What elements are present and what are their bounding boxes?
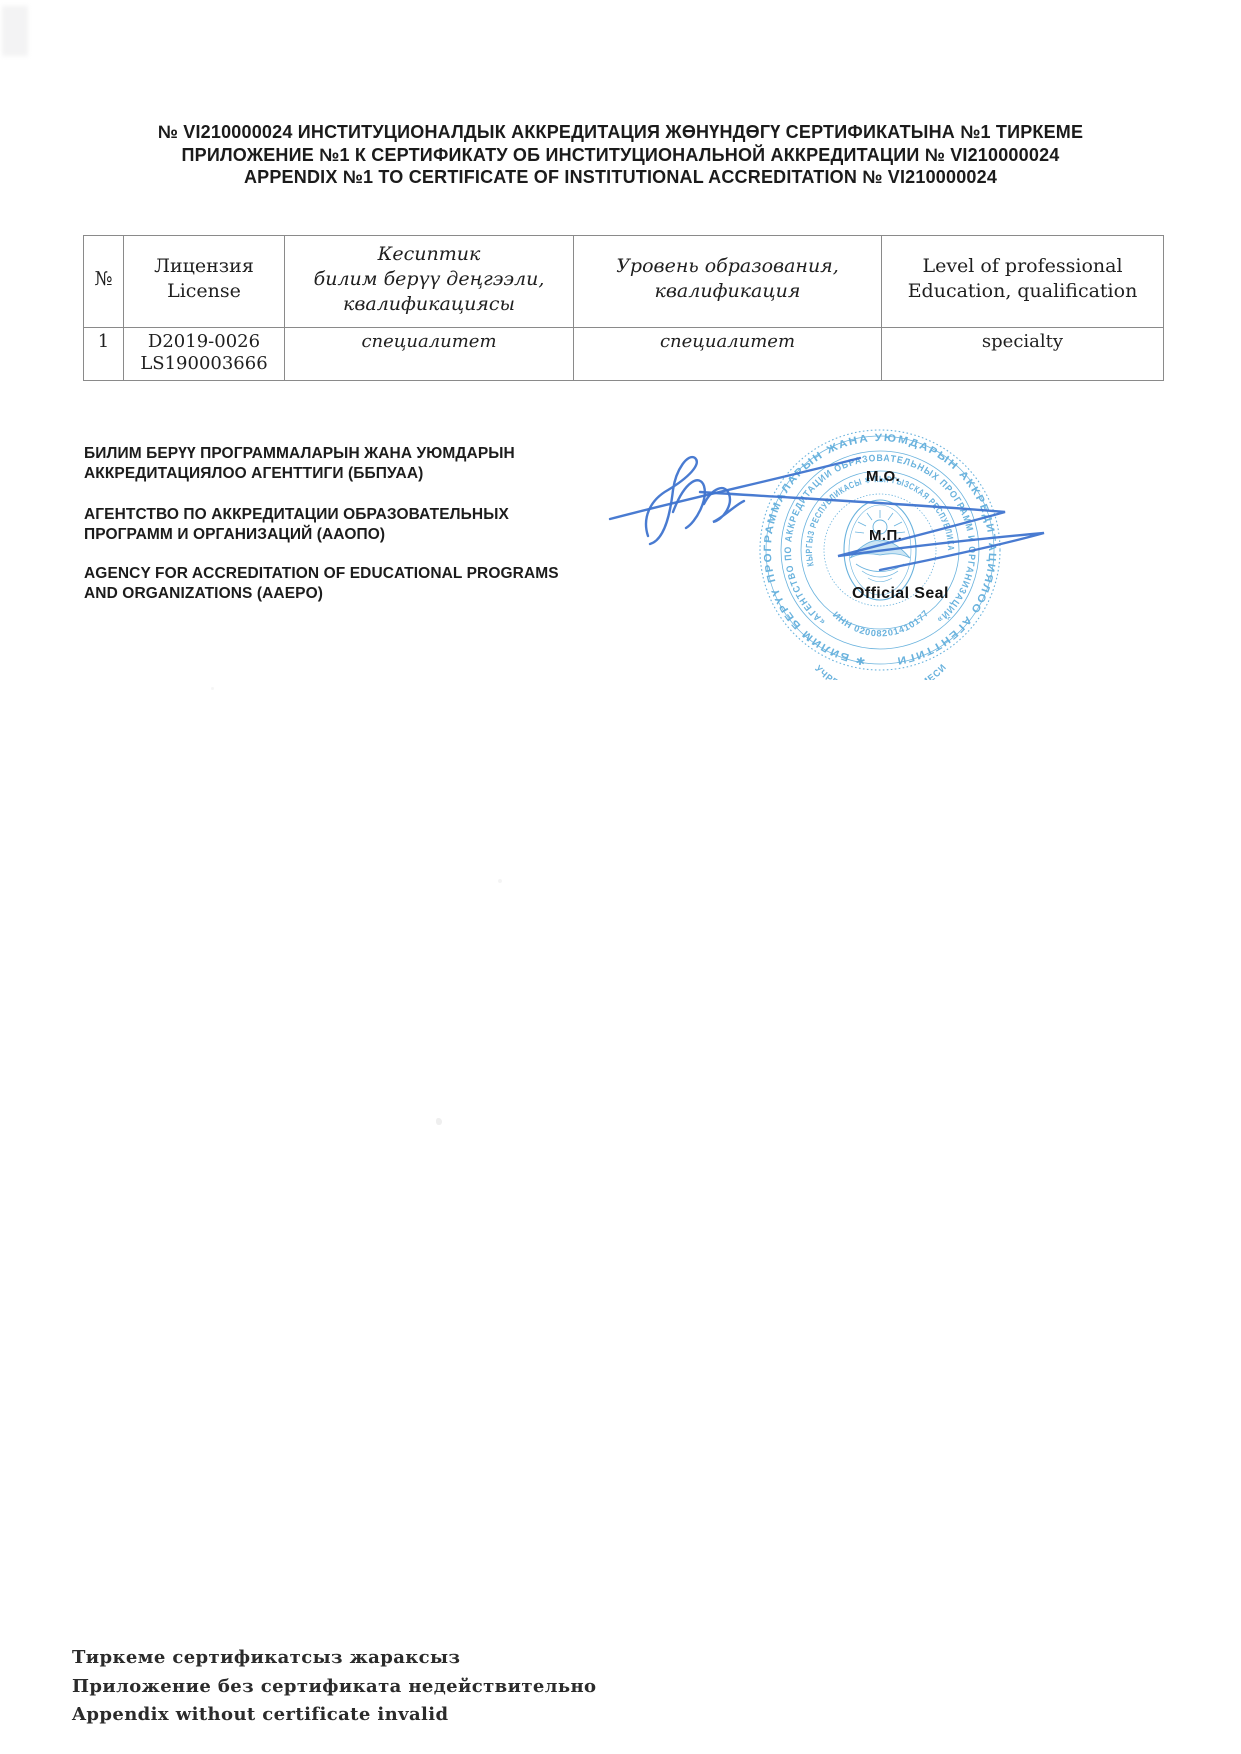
header-line-russian: ПРИЛОЖЕНИЕ №1 К СЕРТИФИКАТУ ОБ ИНСТИТУЦИ… [0,144,1241,167]
col-header-number: № [84,236,124,328]
footer-note-kyrgyz: Тиркеме сертификатсыз жараксыз [72,1644,596,1673]
scan-artifact [498,879,502,883]
cell-number: 1 [84,328,124,381]
table-header-row: № Лицензия License Кесиптик билим берүү … [84,236,1164,328]
svg-text:УЧРЕЖДЕНИЕ ✱ МЕКЕМЕСИ: УЧРЕЖДЕНИЕ ✱ МЕКЕМЕСИ [812,662,949,680]
agency-name-english: AGENCY FOR ACCREDITATION OF EDUCATIONAL … [84,564,604,604]
footer-note-russian: Приложение без сертификата недействитель… [72,1673,596,1702]
header-line-kyrgyz: № VI210000024 ИНСТИТУЦИОНАЛДЫК АККРЕДИТА… [0,121,1241,144]
col-header-level-kyrgyz: Кесиптик билим берүү деңгээли, квалифика… [285,236,574,328]
cell-level-kyrgyz: специалитет [285,328,574,381]
agency-name-russian: АГЕНТСТВО ПО АККРЕДИТАЦИИ ОБРАЗОВАТЕЛЬНЫ… [84,505,604,545]
agency-name-kyrgyz: БИЛИМ БЕРҮҮ ПРОГРАММАЛАРЫН ЖАНА УЮМДАРЫН… [84,444,604,484]
cell-license: D2019-0026 LS190003666 [124,328,285,381]
col-header-license: Лицензия License [124,236,285,328]
seal-inner-bottom-text: ИНН 02008201410177 [831,608,931,639]
svg-text:ИНН 02008201410177: ИНН 02008201410177 [831,608,931,639]
certificate-appendix-page: № VI210000024 ИНСТИТУЦИОНАЛДЫК АККРЕДИТА… [0,0,1241,1754]
cell-level-russian: специалитет [574,328,882,381]
scan-artifact [436,1118,442,1125]
scan-artifact [211,687,214,690]
document-header: № VI210000024 ИНСТИТУЦИОНАЛДЫК АККРЕДИТА… [0,121,1241,189]
scan-artifact [2,6,28,56]
table-row: 1 D2019-0026 LS190003666 специалитет спе… [84,328,1164,381]
footer-note-english: Appendix without certificate invalid [72,1701,596,1730]
col-header-level-english: Level of professional Education, qualifi… [882,236,1164,328]
accreditation-table: № Лицензия License Кесиптик билим берүү … [83,235,1164,381]
col-header-level-russian: Уровень образования, квалификация [574,236,882,328]
header-line-english: APPENDIX №1 TO CERTIFICATE OF INSTITUTIO… [0,166,1241,189]
seal-middle-bottom-text: УЧРЕЖДЕНИЕ ✱ МЕКЕМЕСИ [812,662,949,680]
cell-level-english: specialty [882,328,1164,381]
footer-notes: Тиркеме сертификатсыз жараксыз Приложени… [72,1644,596,1730]
handwritten-signature [592,428,1072,598]
